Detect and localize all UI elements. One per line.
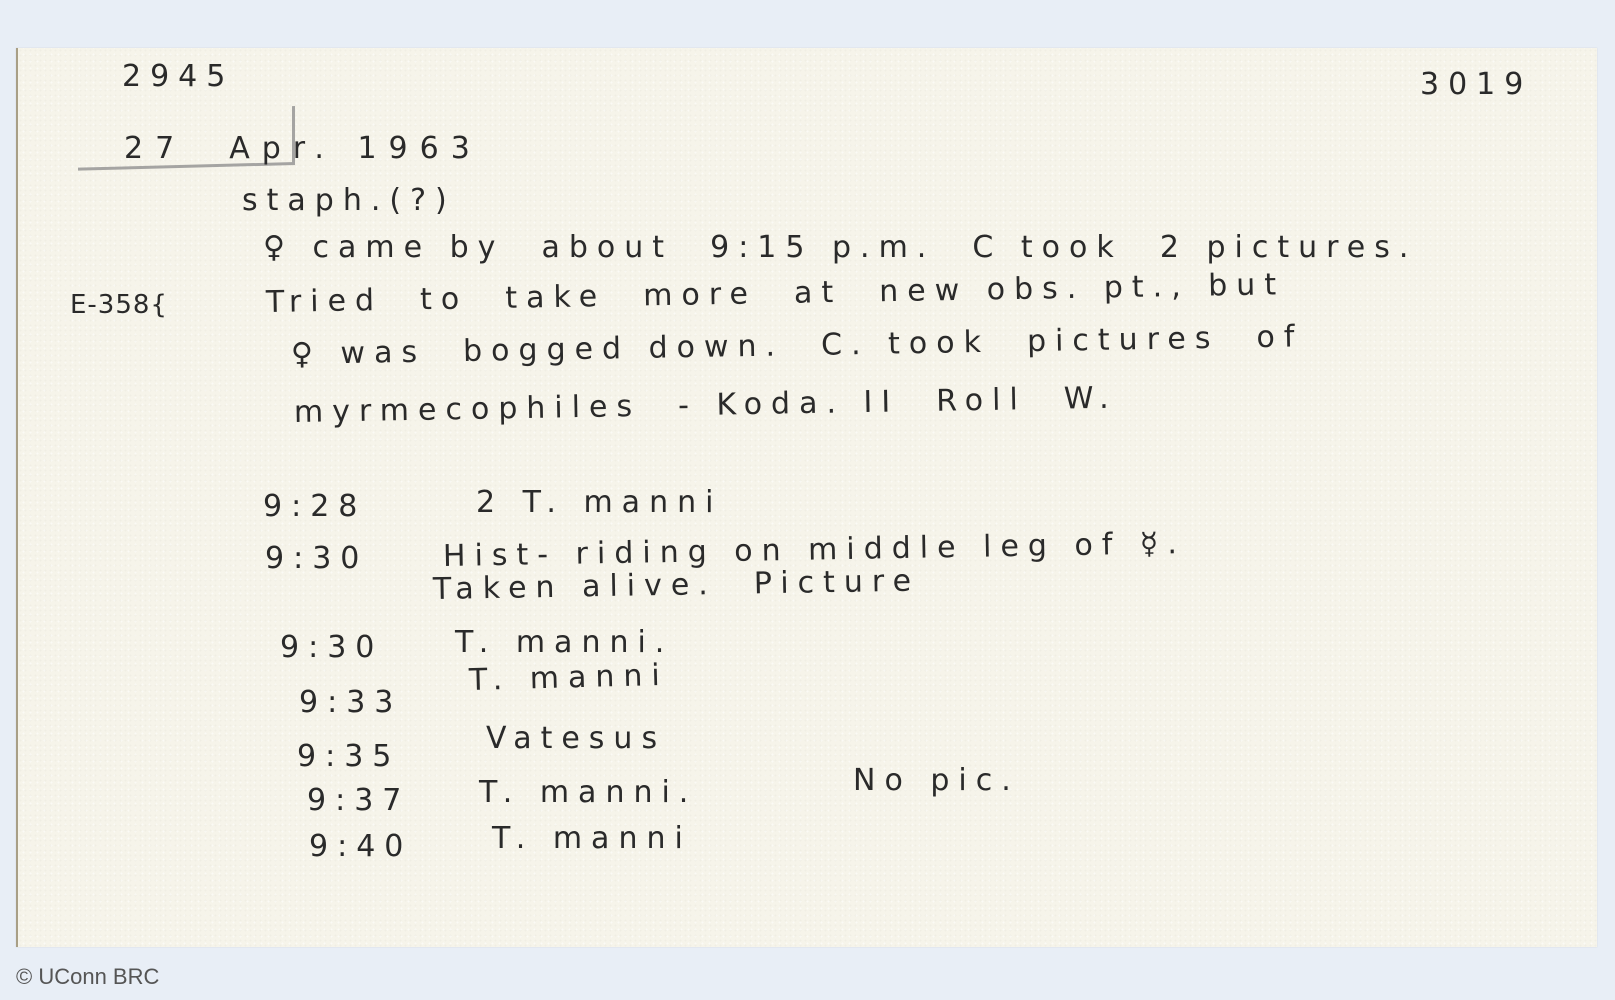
catalog-number: 2945 bbox=[122, 62, 234, 92]
entry-time: 9:28 bbox=[263, 492, 366, 522]
entry-time: 9:33 bbox=[299, 688, 402, 718]
entry-time: 9:30 bbox=[265, 544, 368, 574]
narrative-line-3: ♀ was bogged down. C. took pictures of bbox=[291, 322, 1304, 370]
entry-time: 9:40 bbox=[309, 832, 412, 862]
entry-continuation: Taken alive. Picture bbox=[433, 567, 921, 605]
card-number: 3019 bbox=[1420, 70, 1532, 100]
narrative-line-2: Tried to take more at new obs. pt., but bbox=[266, 270, 1286, 318]
entry-text: T. manni bbox=[492, 824, 692, 854]
entry-text: T. manni. bbox=[455, 628, 673, 658]
entry-time: 9:30 bbox=[280, 633, 383, 663]
date: 27 Apr. 1963 bbox=[124, 134, 482, 164]
specimen-ref: E-358{ bbox=[70, 292, 168, 318]
narrative-line-4: myrmecophiles - Koda. II Roll W. bbox=[294, 384, 1118, 428]
specimen-card: 2945 3019 27 Apr. 1963 staph.(?) ♀ came … bbox=[16, 48, 1597, 947]
narrative-line-1: ♀ came by about 9:15 p.m. C took 2 pictu… bbox=[263, 233, 1417, 263]
subject: staph.(?) bbox=[242, 186, 456, 216]
entry-time: 9:37 bbox=[307, 786, 410, 816]
entry-text: 2 T. manni bbox=[476, 488, 722, 518]
copyright-credit: © UConn BRC bbox=[16, 964, 159, 990]
entry-time: 9:35 bbox=[297, 742, 400, 772]
entry-text: Vatesus bbox=[486, 724, 666, 754]
entry-note: No pic. bbox=[853, 766, 1020, 796]
entry-text: T. manni bbox=[469, 661, 670, 696]
entry-text: T. manni. bbox=[479, 778, 697, 808]
